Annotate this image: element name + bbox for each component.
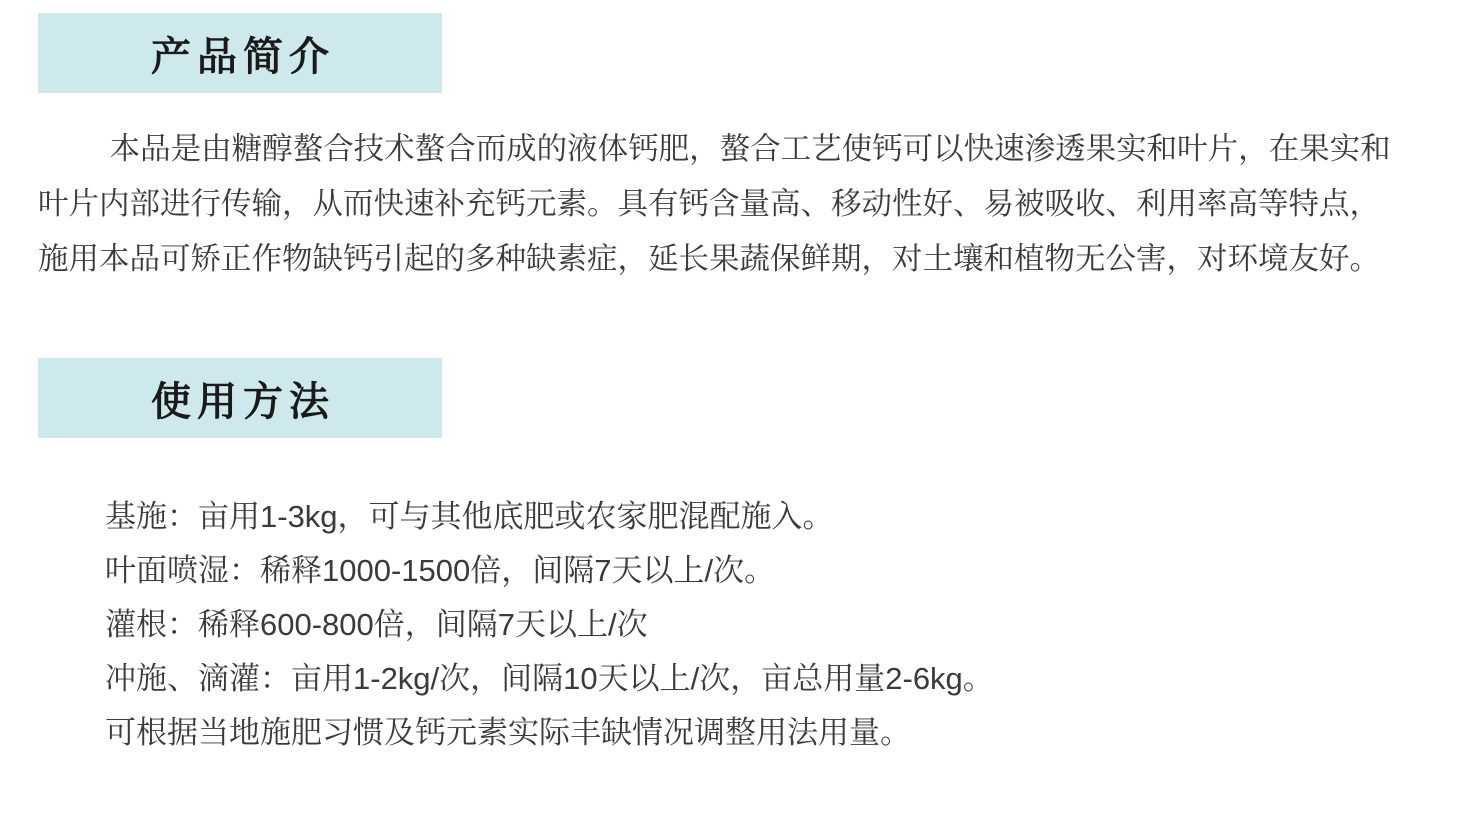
intro-section-heading: 产品简介: [38, 13, 442, 93]
product-description-page: 产品简介 本品是由糖醇螯合技术螯合而成的液体钙肥，螯合工艺使钙可以快速渗透果实和…: [0, 0, 1478, 837]
intro-paragraph-line: 本品是由糖醇螯合技术螯合而成的液体钙肥，螯合工艺使钙可以快速渗透果实和叶片，在果…: [38, 122, 1442, 177]
intro-heading-label: 产品简介: [145, 25, 335, 82]
intro-paragraph-line: 施用本品可矫正作物缺钙引起的多种缺素症，延长果蔬保鲜期，对土壤和植物无公害，对环…: [38, 232, 1442, 287]
intro-paragraph-line: 叶片内部进行传输，从而快速补充钙元素。具有钙含量高、移动性好、易被吸收、利用率高…: [38, 177, 1442, 232]
usage-item-drip-irrigation: 冲施、滴灌：亩用1-2kg/次，间隔10天以上/次，亩总用量2-6kg。: [105, 652, 1445, 706]
intro-paragraph: 本品是由糖醇螯合技术螯合而成的液体钙肥，螯合工艺使钙可以快速渗透果实和叶片，在果…: [38, 122, 1442, 287]
usage-heading-label: 使用方法: [145, 370, 335, 427]
usage-instructions-list: 基施：亩用1-3kg，可与其他底肥或农家肥混配施入。 叶面喷湿：稀释1000-1…: [105, 490, 1445, 760]
usage-section-heading: 使用方法: [38, 358, 442, 438]
usage-item-base-application: 基施：亩用1-3kg，可与其他底肥或农家肥混配施入。: [105, 490, 1445, 544]
usage-item-foliar-spray: 叶面喷湿：稀释1000-1500倍，间隔7天以上/次。: [105, 544, 1445, 598]
usage-item-adjustment-note: 可根据当地施肥习惯及钙元素实际丰缺情况调整用法用量。: [105, 706, 1445, 760]
usage-item-root-irrigation: 灌根：稀释600-800倍，间隔7天以上/次: [105, 598, 1445, 652]
